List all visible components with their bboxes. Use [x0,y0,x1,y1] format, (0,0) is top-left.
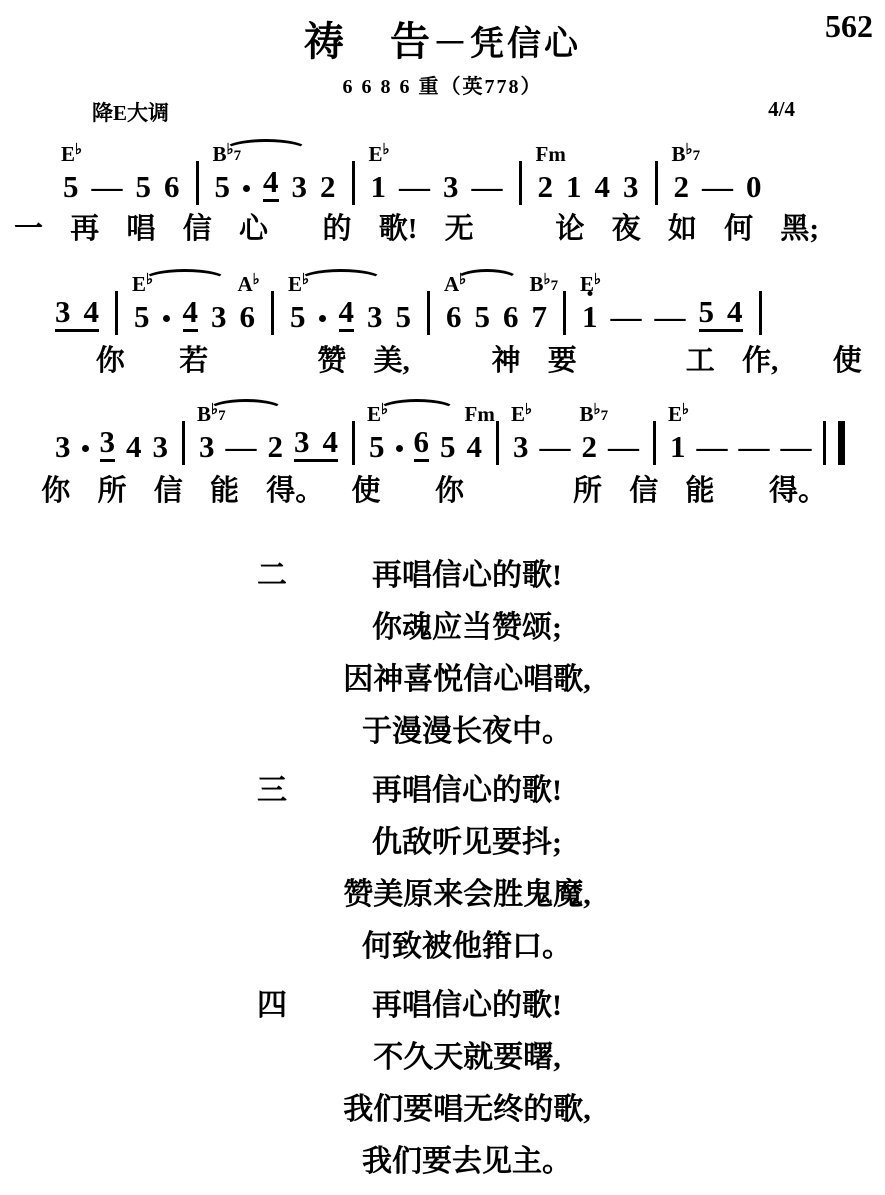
duration-dash: — [655,301,686,332]
chord-label: E♭ [369,144,390,165]
time-signature: 4/4 [768,97,795,122]
note: 6 [164,171,180,202]
duration-dash: — [92,171,123,202]
duration-dash: — [702,171,733,202]
verse-line: 赞美原来会胜鬼魔, [257,869,677,921]
note: 5 [396,301,412,332]
note: 1E♭ [371,171,387,202]
chord-label: Fm [465,404,495,425]
barline [759,291,762,335]
note: 2B♭7 [582,431,598,462]
beamed-note-group: 54 [699,296,743,332]
note: 6 [503,301,519,332]
note: 4 [126,431,142,462]
note: 4 [263,166,279,202]
verse-line: 再唱信心的歌! [257,550,677,602]
duration-dash: — [697,431,728,462]
note: 6A♭ [240,301,256,332]
note: 4 [84,296,100,327]
note: 5 [136,171,152,202]
lyrics-line-2: 你 若 赞 美, 神 要 工 作, 使 [14,338,862,379]
augmentation-dot [243,185,250,192]
barline [115,291,118,335]
note: 5E♭ [290,301,306,332]
chord-label: Fm [536,144,566,165]
slur-arc [143,269,227,291]
note: 6 [414,426,430,462]
final-barline [823,421,845,465]
rest: 0 [746,171,762,202]
duration-dash: — [781,431,812,462]
slur-arc [455,269,519,291]
barline [427,291,430,335]
chord-label: E♭ [668,404,689,425]
note: 3B♭7 [199,431,215,462]
verse-line: 仇敌听见要抖; [257,817,677,869]
note: 5E♭ [134,301,150,332]
verse-line: 不久天就要曙, [257,1032,677,1084]
note: 3 [100,426,116,462]
barline [182,421,185,465]
barline [196,161,199,205]
music-line-3: 33433B♭7—2345E♭654Fm3E♭—2B♭7—1E♭——— [55,388,845,462]
lyrics-line-1: 一 再 唱 信 心 的 歌! 无 论 夜 如 何 黑; [14,206,819,247]
hymn-title-main: 祷 告 [304,20,433,64]
duration-dash: — [226,431,257,462]
slur-arc [224,139,308,161]
note: 4 [183,296,199,332]
note: 3 [153,431,169,462]
barline [519,161,522,205]
key-signature: 降E大调 [92,97,169,127]
note: 5B♭7 [215,171,231,202]
beamed-note-group: 34 [55,296,99,332]
barline [653,421,656,465]
augmentation-dot [396,445,403,452]
note: 3 [211,301,227,332]
verse-line: 再唱信心的歌! [257,765,677,817]
note: 4 [595,171,611,202]
slur-arc [299,269,383,291]
duration-dash: — [472,171,503,202]
note: 5 [475,301,491,332]
note: 1E♭ [670,431,686,462]
hymn-title-sub: －凭信心 [433,25,581,63]
note: 4Fm [467,431,483,462]
note: 3 [623,171,639,202]
barline [496,421,499,465]
verse-line: 因神喜悦信心唱歌, [257,654,677,706]
verse-2-number: 二 [257,550,287,602]
verse-line: 于漫漫长夜中。 [257,706,677,758]
note: 4 [727,296,743,327]
barline [563,291,566,335]
chord-label: B♭7 [672,144,701,165]
verse-3: 三 再唱信心的歌! 仇敌听见要抖; 赞美原来会胜鬼魔, 何致被他箝口。 [257,765,677,973]
barline [655,161,658,205]
note: 3 [443,171,459,202]
augmentation-dot [163,315,170,322]
verse-4-number: 四 [257,980,287,1032]
note: 2B♭7 [674,171,690,202]
slur-arc [378,399,456,421]
chord-label: E♭ [511,404,532,425]
slur-arc [208,399,284,421]
octave-dot [587,291,592,296]
note: 3 [55,296,71,327]
duration-dash: — [399,171,430,202]
lyrics-line-3: 你 所 信 能 得。 使 你 所 信 能 得。 [14,468,827,509]
meter-info: 6 6 8 6 重（英778） [0,70,885,99]
note: 4 [339,296,355,332]
note: 3 [292,171,308,202]
note: 5E♭ [63,171,79,202]
verse-line: 何致被他箝口。 [257,921,677,973]
verse-line: 再唱信心的歌! [257,980,677,1032]
note: 3E♭ [513,431,529,462]
note: 7B♭7 [532,301,548,332]
barline [352,161,355,205]
note: 6A♭ [446,301,462,332]
chord-label: B♭7 [580,404,609,425]
note: 3 [294,426,310,457]
verse-line: 我们要去见主。 [257,1136,677,1188]
barline [271,291,274,335]
augmentation-dot [319,315,326,322]
note: 3 [55,431,71,462]
music-line-1: 5E♭—565B♭74321E♭—3—2Fm1432B♭7—0 [63,128,762,202]
music-line-2: 345E♭436A♭5E♭4356A♭567B♭71E♭——54 [55,258,765,332]
duration-dash: — [540,431,571,462]
chord-label: B♭7 [530,274,559,295]
note: 5 [699,296,715,327]
duration-dash: — [611,301,642,332]
chord-label: A♭ [238,274,260,295]
verse-2: 二 再唱信心的歌! 你魂应当赞颂; 因神喜悦信心唱歌, 于漫漫长夜中。 [257,550,677,758]
barline [352,421,355,465]
note: 1 [566,171,582,202]
duration-dash: — [608,431,639,462]
note: 1E♭ [582,301,598,332]
verse-4: 四 再唱信心的歌! 不久天就要曙, 我们要唱无终的歌, 我们要去见主。 [257,980,677,1188]
note: 3 [367,301,383,332]
page-title: 祷 告－凭信心 [0,10,885,67]
note: 2Fm [538,171,554,202]
note: 2 [268,431,284,462]
note: 5 [440,431,456,462]
note: 5E♭ [369,431,385,462]
hymn-sheet-page: 祷 告－凭信心 562 6 6 8 6 重（英778） 降E大调 4/4 5E♭… [0,0,885,1195]
note: 4 [323,426,339,457]
duration-dash: — [739,431,770,462]
beamed-note-group: 34 [294,426,338,462]
hymn-number: 562 [825,8,873,45]
verse-3-number: 三 [257,765,287,817]
verse-line: 我们要唱无终的歌, [257,1084,677,1136]
note: 2 [320,171,336,202]
augmentation-dot [82,445,89,452]
verse-line: 你魂应当赞颂; [257,602,677,654]
chord-label: E♭ [61,144,82,165]
